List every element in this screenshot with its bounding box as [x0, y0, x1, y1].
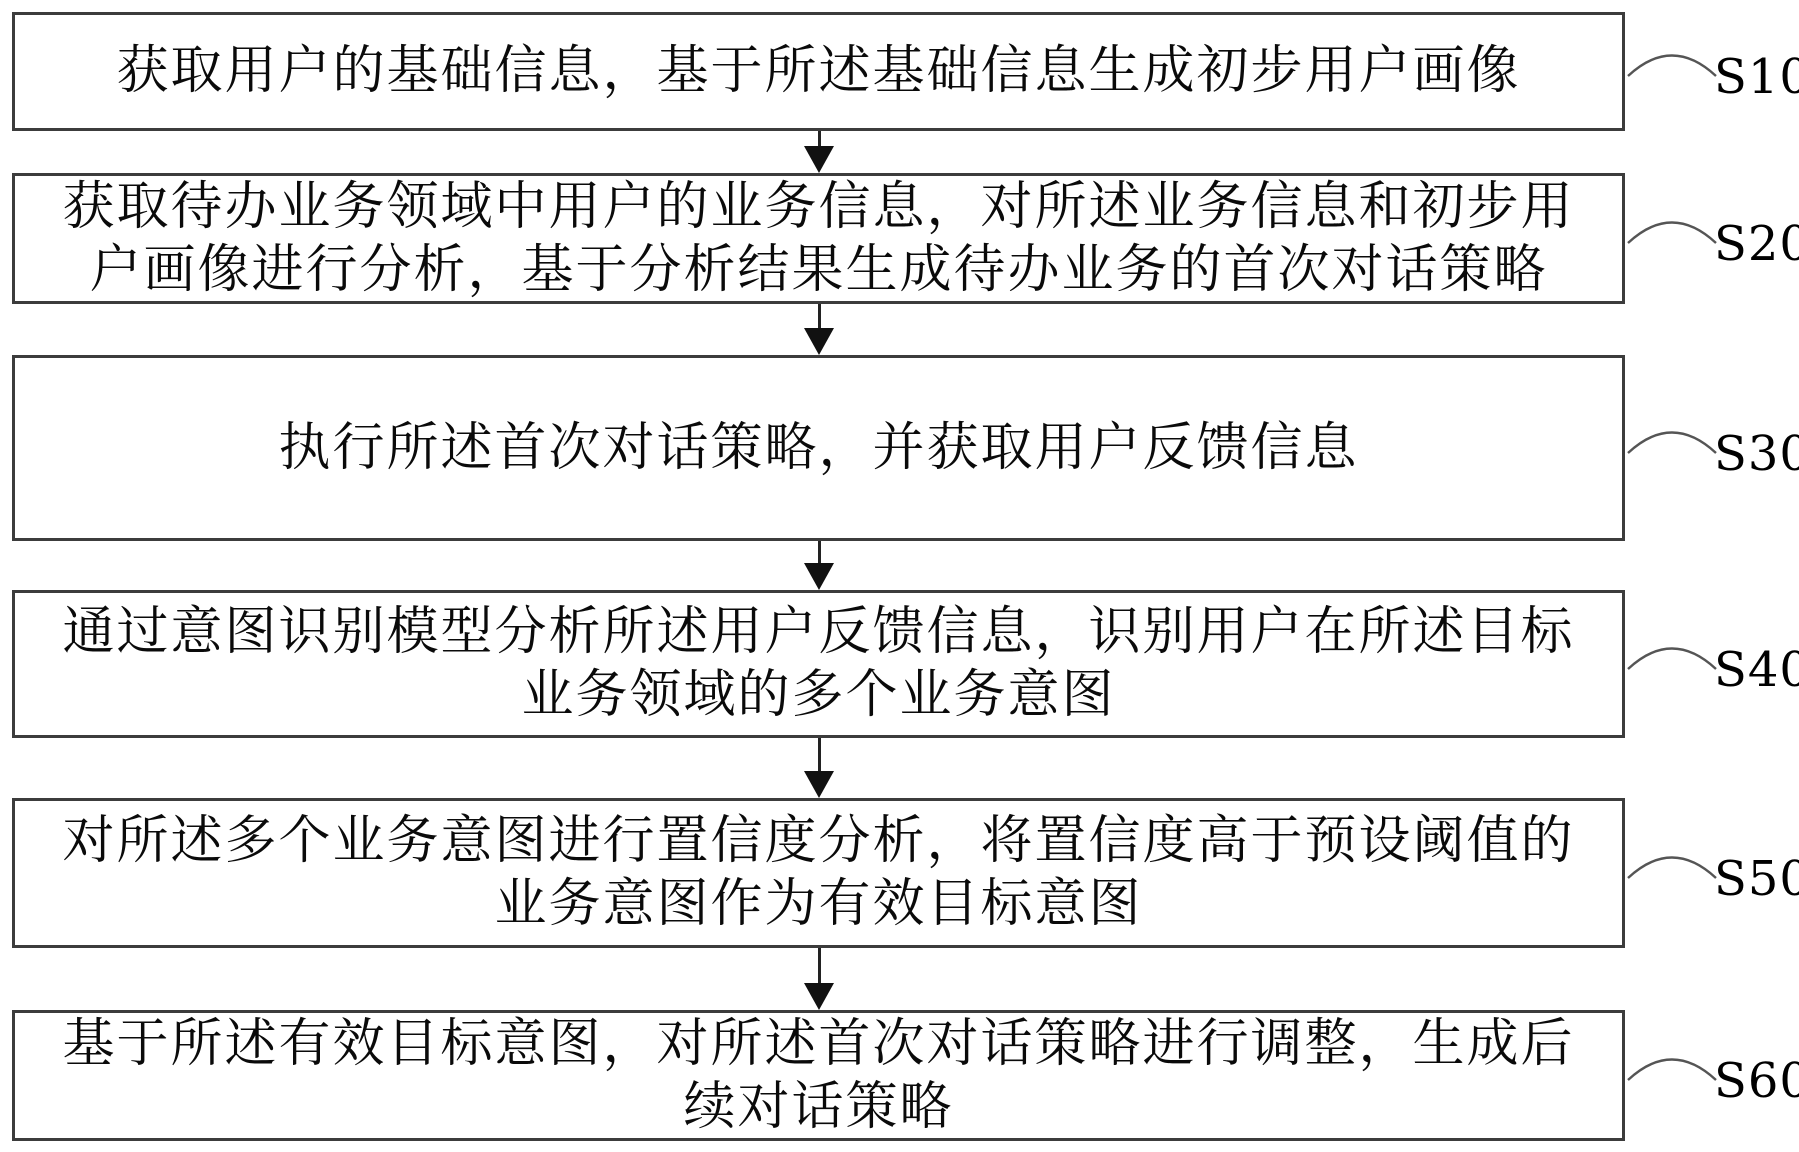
- step-label-s50: S50: [1714, 851, 1799, 907]
- leader-curve-icon: [1627, 638, 1717, 674]
- step-label-s10: S10: [1714, 49, 1799, 105]
- step-box-s40: 通过意图识别模型分析所述用户反馈信息，识别用户在所述目标 业务领域的多个业务意图: [12, 590, 1625, 738]
- step-text: 基于所述有效目标意图，对所述首次对话策略进行调整，生成后: [62, 1013, 1574, 1076]
- step-label-s40: S40: [1714, 642, 1799, 698]
- flow-arrow-icon: [802, 541, 838, 590]
- step-box-s20: 获取待办业务领域中用户的业务信息，对所述业务信息和初步用 户画像进行分析，基于分…: [12, 173, 1625, 304]
- step-text: 执行所述首次对话策略，并获取用户反馈信息: [278, 417, 1358, 480]
- leader-curve-icon: [1627, 212, 1717, 248]
- step-text: 业务意图作为有效目标意图: [494, 873, 1142, 936]
- step-label-s20: S20: [1714, 216, 1799, 272]
- leader-curve-icon: [1627, 847, 1717, 883]
- step-box-s30: 执行所述首次对话策略，并获取用户反馈信息: [12, 355, 1625, 541]
- step-box-s10: 获取用户的基础信息，基于所述基础信息生成初步用户画像: [12, 12, 1625, 131]
- flow-arrow-icon: [802, 131, 838, 173]
- step-box-s60: 基于所述有效目标意图，对所述首次对话策略进行调整，生成后 续对话策略: [12, 1010, 1625, 1141]
- leader-curve-icon: [1627, 1049, 1717, 1085]
- leader-curve-icon: [1627, 422, 1717, 458]
- flow-arrow-icon: [802, 948, 838, 1010]
- step-box-s50: 对所述多个业务意图进行置信度分析，将置信度高于预设阈值的 业务意图作为有效目标意…: [12, 798, 1625, 948]
- step-text: 对所述多个业务意图进行置信度分析，将置信度高于预设阈值的: [62, 810, 1574, 873]
- flow-arrow-icon: [802, 738, 838, 798]
- step-text: 续对话策略: [683, 1076, 953, 1139]
- flow-arrow-icon: [802, 304, 838, 355]
- leader-curve-icon: [1627, 45, 1717, 81]
- step-text: 通过意图识别模型分析所述用户反馈信息，识别用户在所述目标: [62, 601, 1574, 664]
- step-text: 户画像进行分析，基于分析结果生成待办业务的首次对话策略: [89, 239, 1547, 302]
- step-text: 获取用户的基础信息，基于所述基础信息生成初步用户画像: [116, 40, 1520, 103]
- step-label-s60: S60: [1714, 1053, 1799, 1109]
- step-text: 获取待办业务领域中用户的业务信息，对所述业务信息和初步用: [62, 176, 1574, 239]
- step-text: 业务领域的多个业务意图: [521, 664, 1115, 727]
- step-label-s30: S30: [1714, 426, 1799, 482]
